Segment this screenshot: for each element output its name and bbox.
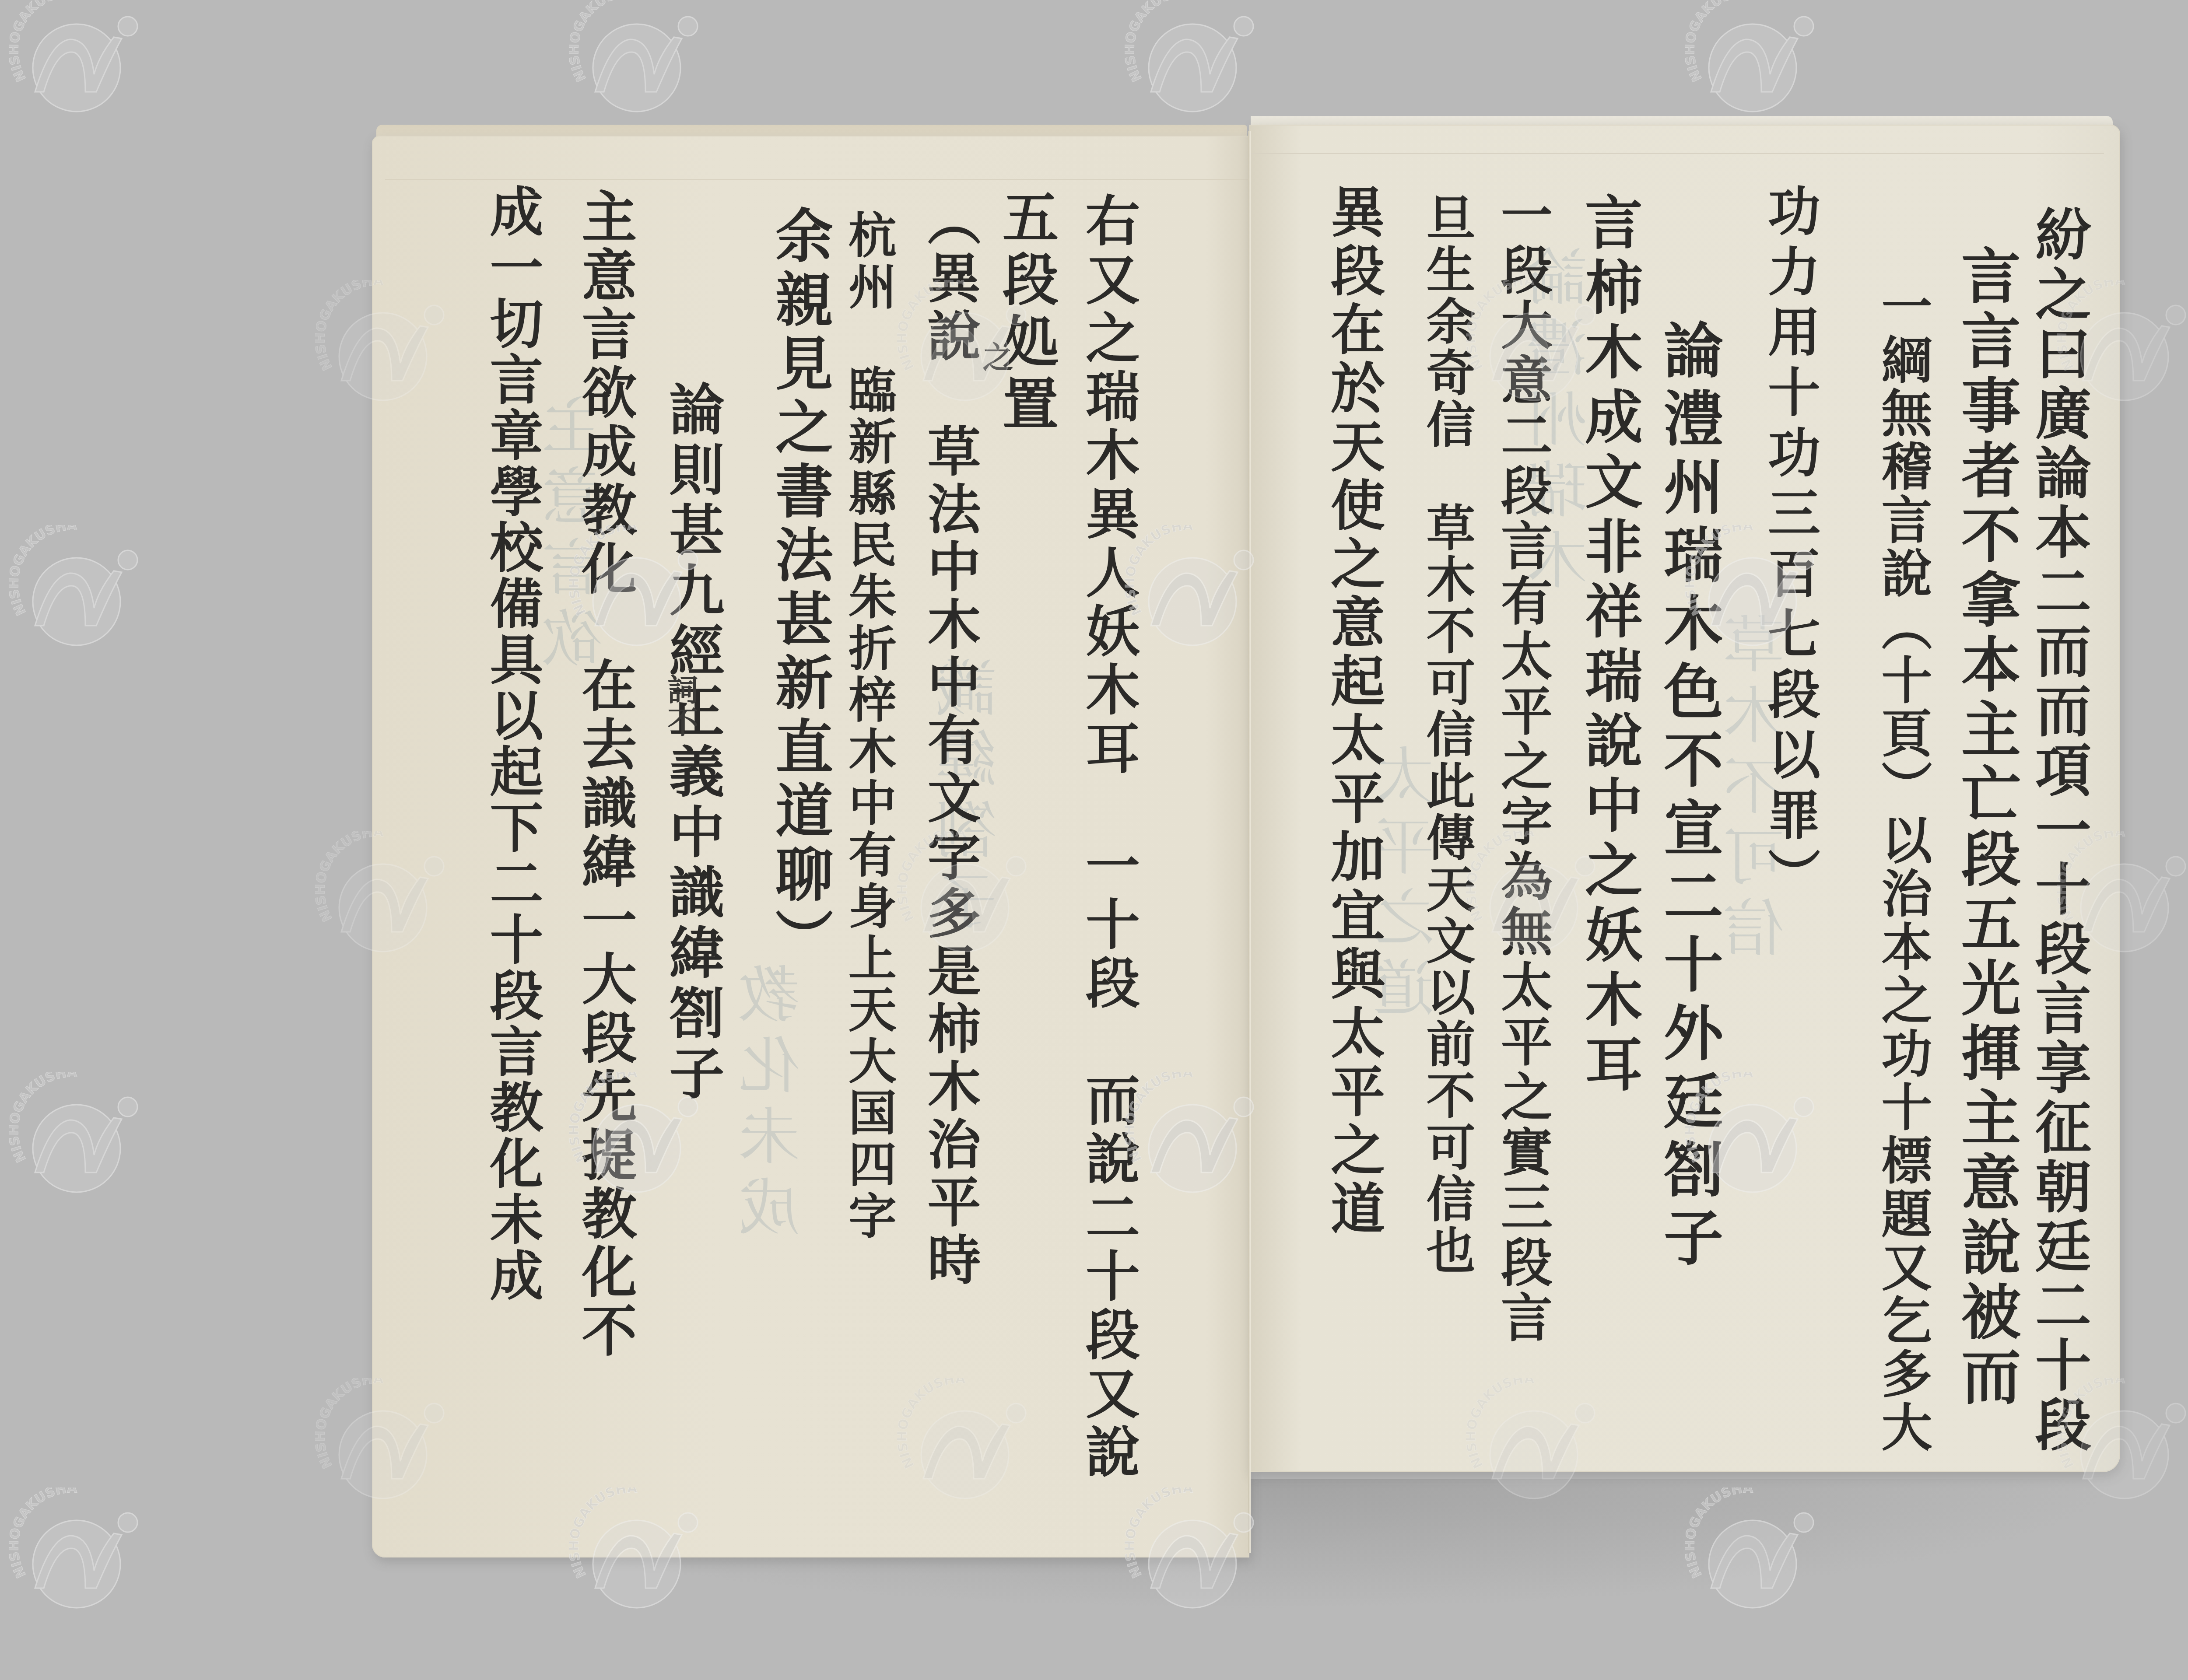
right-col-4: 功力用十功三百七段以罪）: [1764, 184, 1816, 908]
left-interlinear-note: 詞不: [665, 674, 696, 738]
right-col-7: 一段大意二段言有太平之字為無太平之實三段言: [1497, 188, 1548, 1346]
left-col-1: 右又之瑞木異人妖木耳 一十段 而說二十段又說: [1081, 192, 1135, 1482]
svg-text:NISHOGAKUSHA: NISHOGAKUSHA: [9, 1487, 77, 1580]
right-col-5: 論澧州瑞木色不宣二十外廷劄子: [1659, 319, 1718, 1275]
watermark-logo-icon: NISHOGAKUSHA: [9, 525, 140, 656]
svg-text:NISHOGAKUSHA: NISHOGAKUSHA: [9, 525, 77, 618]
svg-text:NISHOGAKUSHA: NISHOGAKUSHA: [569, 0, 638, 84]
svg-text:NISHOGAKUSHA: NISHOGAKUSHA: [9, 0, 77, 84]
right-col-8: 旦生余奇信 草木不可信此傳天文以前不可信也: [1422, 192, 1471, 1277]
right-col-9: 異段在於天使之意起太平加宜與太平之道: [1326, 184, 1380, 1239]
left-col-2: 五段処置: [998, 188, 1054, 437]
svg-text:NISHOGAKUSHA: NISHOGAKUSHA: [9, 1072, 77, 1165]
watermark-logo-icon: NISHOGAKUSHA: [1685, 0, 1816, 122]
left-col-3: （異說 草法中木中有文字多是柿木治平時: [923, 192, 977, 1290]
book-gutter: [1248, 131, 1251, 1553]
left-interlinear-note: 之: [980, 341, 1011, 374]
right-col-3: 一綱無稽言說（十頁）以治本之功十標題又乞多大: [1877, 280, 1928, 1454]
watermark-logo-icon: NISHOGAKUSHA: [9, 1072, 140, 1203]
left-col-4: 杭州 臨新縣民朱折梓木中有身上天大国四字: [845, 210, 893, 1242]
right-col-6: 言柿木成文非祥瑞說中之妖木耳: [1580, 192, 1637, 1099]
watermark-logo-icon: NISHOGAKUSHA: [1125, 0, 1256, 122]
left-col-8: 成一切言章學校備具以起下二十段言教化未成: [486, 184, 539, 1304]
watermark-logo-icon: NISHOGAKUSHA: [9, 0, 140, 122]
right-col-1: 紛之曰廣論本二而而項一十段言享征朝廷二十段: [2030, 206, 2086, 1455]
bleed-through-text: 教化未成: [744, 962, 805, 1246]
right-col-2: 言言事者不拿本主亡段五光揮主意說被而: [1956, 245, 2016, 1410]
svg-text:NISHOGAKUSHA: NISHOGAKUSHA: [1125, 0, 1193, 84]
left-col-5: 余親見之書法甚新直道聊）: [770, 206, 828, 972]
watermark-logo-icon: NISHOGAKUSHA: [9, 1487, 140, 1619]
watermark-logo-icon: NISHOGAKUSHA: [569, 0, 700, 122]
left-col-6: 論則甚九經正義中識緯劄子: [665, 381, 720, 1105]
svg-text:NISHOGAKUSHA: NISHOGAKUSHA: [1685, 0, 1753, 84]
left-col-7: 主意言欲成教化 在去識緯一大段先提教化不: [578, 188, 633, 1361]
